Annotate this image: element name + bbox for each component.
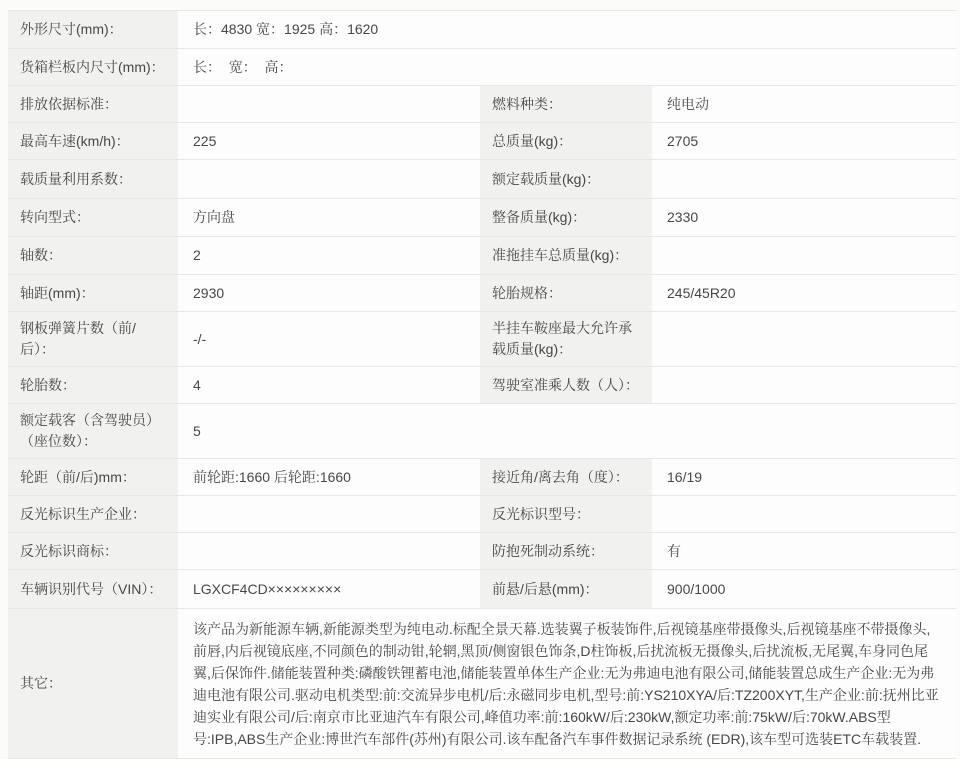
row-label: 整备质量(kg)： — [480, 199, 652, 236]
table-row: 最高车速(km/h)： 225 总质量(kg)： 2705 — [8, 123, 956, 160]
row-value: 2705 — [655, 123, 956, 159]
row-value: 2330 — [655, 199, 956, 236]
row-value — [655, 237, 956, 274]
other-notes-text: 该产品为新能源车辆,新能源类型为纯电动.标配全景天幕.选装翼子板装饰件,后视镜基… — [181, 609, 956, 758]
table-row: 反光标识商标： 防抱死制动系统： 有 — [8, 533, 956, 570]
row-label: 载质量利用系数： — [8, 160, 178, 198]
row-value: 16/19 — [655, 459, 956, 495]
row-value: 前轮距:1660 后轮距:1660 — [181, 459, 478, 495]
table-row: 轮胎数： 4 驾驶室准乘人数（人）： — [8, 367, 956, 404]
table-row: 钢板弹簧片数（前/后）： -/- 半挂车鞍座最大允许承载质量(kg)： — [8, 312, 956, 367]
row-label: 防抱死制动系统： — [480, 533, 652, 569]
row-value — [655, 367, 956, 403]
table-row: 载质量利用系数： 额定载质量(kg)： — [8, 160, 956, 199]
row-label: 车辆识别代号（VIN）： — [8, 570, 178, 608]
row-label: 准拖挂车总质量(kg)： — [480, 237, 652, 274]
table-row: 车辆识别代号（VIN）： LGXCF4CD××××××××× 前悬/后悬(mm)… — [8, 570, 956, 609]
row-label: 轮胎数： — [8, 367, 178, 403]
row-value: 225 — [181, 123, 478, 159]
row-label: 最高车速(km/h)： — [8, 123, 178, 159]
row-label: 燃料种类： — [480, 86, 652, 122]
table-row: 排放依据标准： 燃料种类： 纯电动 — [8, 86, 956, 123]
row-label: 货箱栏板内尺寸(mm)： — [8, 49, 178, 85]
row-value: 245/45R20 — [655, 275, 956, 311]
row-label: 反光标识商标： — [8, 533, 178, 569]
vin-value: LGXCF4CD××××××××× — [181, 570, 478, 608]
row-value — [655, 496, 956, 532]
row-value: 纯电动 — [655, 86, 956, 122]
row-label: 转向型式： — [8, 199, 178, 236]
row-value: 4 — [181, 367, 478, 403]
row-label: 轮胎规格： — [480, 275, 652, 311]
row-value: -/- — [181, 312, 478, 366]
row-label: 轴距(mm)： — [8, 275, 178, 311]
row-label: 其它： — [8, 609, 178, 758]
row-value: 2 — [181, 237, 478, 274]
row-label: 总质量(kg)： — [480, 123, 652, 159]
row-value — [181, 160, 478, 198]
table-row: 转向型式： 方向盘 整备质量(kg)： 2330 — [8, 199, 956, 237]
row-label: 排放依据标准： — [8, 86, 178, 122]
row-label: 接近角/离去角（度）： — [480, 459, 652, 495]
table-row: 反光标识生产企业： 反光标识型号： — [8, 496, 956, 533]
row-label: 半挂车鞍座最大允许承载质量(kg)： — [480, 312, 652, 366]
row-value: 2930 — [181, 275, 478, 311]
row-label: 外形尺寸(mm)： — [8, 11, 178, 48]
row-label: 前悬/后悬(mm)： — [480, 570, 652, 608]
row-label: 轮距（前/后)mm： — [8, 459, 178, 495]
row-value — [181, 533, 478, 569]
row-label: 轴数： — [8, 237, 178, 274]
table-row: 额定载客（含驾驶员）（座位数）： 5 — [8, 404, 956, 459]
row-value — [655, 312, 956, 366]
table-row: 轴数： 2 准拖挂车总质量(kg)： — [8, 237, 956, 275]
table-row: 轴距(mm)： 2930 轮胎规格： 245/45R20 — [8, 275, 956, 312]
table-row: 轮距（前/后)mm： 前轮距:1660 后轮距:1660 接近角/离去角（度）：… — [8, 459, 956, 496]
vehicle-spec-table: 外形尺寸(mm)： 长：4830 宽：1925 高：1620 货箱栏板内尺寸(m… — [8, 10, 956, 759]
row-value: 5 — [181, 404, 956, 458]
row-value — [181, 496, 478, 532]
table-row: 其它： 该产品为新能源车辆,新能源类型为纯电动.标配全景天幕.选装翼子板装饰件,… — [8, 609, 956, 759]
row-label: 额定载质量(kg)： — [480, 160, 652, 198]
row-value — [655, 160, 956, 198]
table-row: 外形尺寸(mm)： 长：4830 宽：1925 高：1620 — [8, 11, 956, 49]
table-row: 货箱栏板内尺寸(mm)： 长： 宽： 高： — [8, 49, 956, 86]
row-label: 钢板弹簧片数（前/后）： — [8, 312, 178, 366]
row-value — [181, 86, 478, 122]
row-label: 额定载客（含驾驶员）（座位数）： — [8, 404, 178, 458]
row-label: 反光标识生产企业： — [8, 496, 178, 532]
row-value: 有 — [655, 533, 956, 569]
row-value: 长： 宽： 高： — [181, 49, 956, 85]
row-label: 驾驶室准乘人数（人）： — [480, 367, 652, 403]
row-value: 长：4830 宽：1925 高：1620 — [181, 11, 956, 48]
row-value: 方向盘 — [181, 199, 478, 236]
row-label: 反光标识型号： — [480, 496, 652, 532]
row-value: 900/1000 — [655, 570, 956, 608]
